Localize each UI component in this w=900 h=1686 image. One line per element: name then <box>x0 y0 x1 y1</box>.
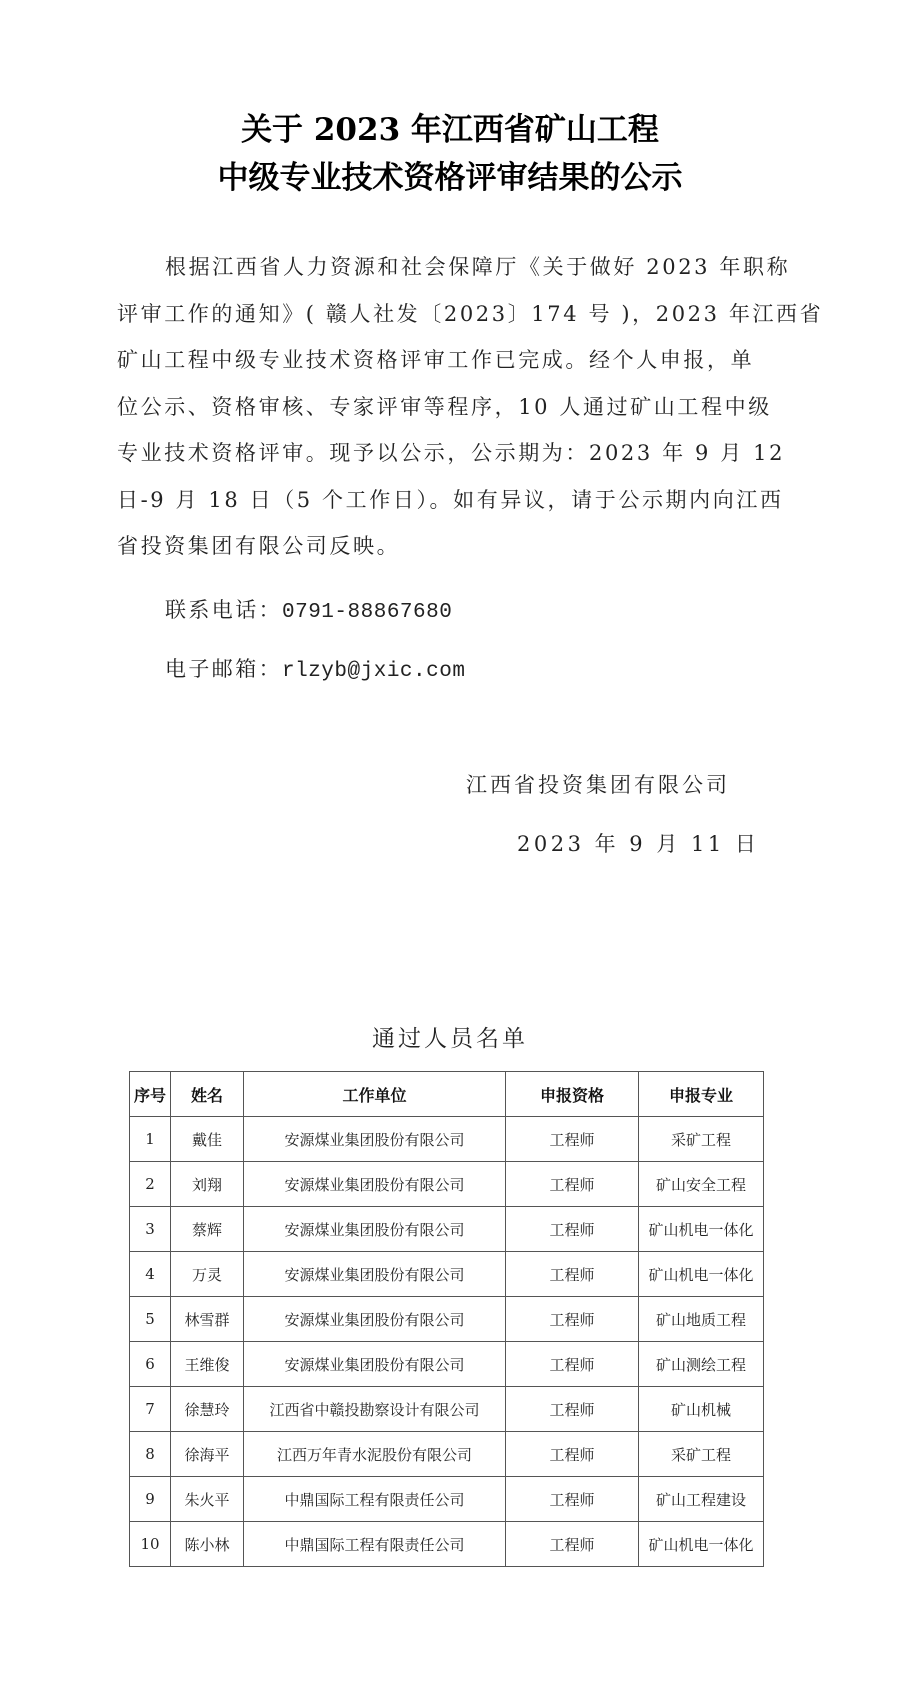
cell-qualification: 工程师 <box>506 1432 639 1477</box>
cell-employer: 江西省中赣投勘察设计有限公司 <box>244 1387 506 1432</box>
cell-index: 6 <box>130 1342 171 1387</box>
cell-name: 刘翔 <box>171 1162 244 1207</box>
document-title: 关于 2023 年江西省矿山工程 中级专业技术资格评审结果的公示 <box>0 106 900 202</box>
header-qualification: 申报资格 <box>506 1072 639 1117</box>
approved-personnel-table: 序号 姓名 工作单位 申报资格 申报专业 1 戴佳 安源煤业集团股份有限公司 工… <box>129 1071 764 1567</box>
cell-employer: 安源煤业集团股份有限公司 <box>244 1252 506 1297</box>
cell-name: 蔡辉 <box>171 1207 244 1252</box>
cell-qualification: 工程师 <box>506 1387 639 1432</box>
cell-index: 5 <box>130 1297 171 1342</box>
cell-qualification: 工程师 <box>506 1117 639 1162</box>
cell-name: 王维俊 <box>171 1342 244 1387</box>
cell-specialty: 采矿工程 <box>639 1117 764 1162</box>
header-employer: 工作单位 <box>244 1072 506 1117</box>
table-row: 3 蔡辉 安源煤业集团股份有限公司 工程师 矿山机电一体化 <box>130 1207 764 1252</box>
body-line: 位公示、资格审核、专家评审等程序，10 人通过矿山工程中级 <box>117 384 773 431</box>
cell-name: 徐慧玲 <box>171 1387 244 1432</box>
signature-organization: 江西省投资集团有限公司 <box>466 769 730 799</box>
cell-specialty: 矿山安全工程 <box>639 1162 764 1207</box>
title-line-1: 关于 2023 年江西省矿山工程 <box>0 106 900 154</box>
cell-name: 戴佳 <box>171 1117 244 1162</box>
cell-employer: 中鼎国际工程有限责任公司 <box>244 1522 506 1567</box>
cell-qualification: 工程师 <box>506 1162 639 1207</box>
cell-specialty: 矿山地质工程 <box>639 1297 764 1342</box>
cell-employer: 安源煤业集团股份有限公司 <box>244 1297 506 1342</box>
cell-employer: 中鼎国际工程有限责任公司 <box>244 1477 506 1522</box>
cell-employer: 安源煤业集团股份有限公司 <box>244 1207 506 1252</box>
cell-employer: 江西万年青水泥股份有限公司 <box>244 1432 506 1477</box>
contact-email: 电子邮箱：rlzyb@jxic.com <box>165 653 465 683</box>
cell-name: 万灵 <box>171 1252 244 1297</box>
cell-specialty: 矿山机电一体化 <box>639 1207 764 1252</box>
body-line: 矿山工程中级专业技术资格评审工作已完成。经个人申报，单 <box>117 337 773 384</box>
table-row: 5 林雪群 安源煤业集团股份有限公司 工程师 矿山地质工程 <box>130 1297 764 1342</box>
table-row: 10 陈小林 中鼎国际工程有限责任公司 工程师 矿山机电一体化 <box>130 1522 764 1567</box>
cell-qualification: 工程师 <box>506 1522 639 1567</box>
cell-name: 林雪群 <box>171 1297 244 1342</box>
table-row: 2 刘翔 安源煤业集团股份有限公司 工程师 矿山安全工程 <box>130 1162 764 1207</box>
cell-employer: 安源煤业集团股份有限公司 <box>244 1342 506 1387</box>
cell-qualification: 工程师 <box>506 1297 639 1342</box>
cell-name: 陈小林 <box>171 1522 244 1567</box>
cell-specialty: 矿山测绘工程 <box>639 1342 764 1387</box>
phone-label: 联系电话： <box>165 598 282 622</box>
title-line-2: 中级专业技术资格评审结果的公示 <box>0 154 900 202</box>
header-specialty: 申报专业 <box>639 1072 764 1117</box>
cell-specialty: 矿山机械 <box>639 1387 764 1432</box>
cell-specialty: 矿山工程建设 <box>639 1477 764 1522</box>
table-row: 6 王维俊 安源煤业集团股份有限公司 工程师 矿山测绘工程 <box>130 1342 764 1387</box>
header-name: 姓名 <box>171 1072 244 1117</box>
email-label: 电子邮箱： <box>165 657 282 681</box>
cell-specialty: 矿山机电一体化 <box>639 1252 764 1297</box>
cell-index: 4 <box>130 1252 171 1297</box>
body-line: 省投资集团有限公司反映。 <box>117 523 773 570</box>
table-row: 1 戴佳 安源煤业集团股份有限公司 工程师 采矿工程 <box>130 1117 764 1162</box>
cell-index: 10 <box>130 1522 171 1567</box>
table-caption: 通过人员名单 <box>0 1020 900 1053</box>
cell-index: 7 <box>130 1387 171 1432</box>
email-address: rlzyb@jxic.com <box>282 660 465 683</box>
phone-number: 0791-88867680 <box>282 601 452 624</box>
cell-specialty: 采矿工程 <box>639 1432 764 1477</box>
cell-index: 3 <box>130 1207 171 1252</box>
table-row: 8 徐海平 江西万年青水泥股份有限公司 工程师 采矿工程 <box>130 1432 764 1477</box>
table-row: 9 朱火平 中鼎国际工程有限责任公司 工程师 矿山工程建设 <box>130 1477 764 1522</box>
announcement-body: 根据江西省人力资源和社会保障厅《关于做好 2023 年职称 评审工作的通知》( … <box>117 244 773 570</box>
cell-qualification: 工程师 <box>506 1477 639 1522</box>
body-line: 专业技术资格评审。现予以公示，公示期为：2023 年 9 月 12 <box>117 430 773 477</box>
cell-employer: 安源煤业集团股份有限公司 <box>244 1117 506 1162</box>
cell-employer: 安源煤业集团股份有限公司 <box>244 1162 506 1207</box>
body-line: 根据江西省人力资源和社会保障厅《关于做好 2023 年职称 <box>117 244 773 291</box>
cell-qualification: 工程师 <box>506 1252 639 1297</box>
cell-qualification: 工程师 <box>506 1207 639 1252</box>
body-line: 日-9 月 18 日（5 个工作日）。如有异议，请于公示期内向江西 <box>117 477 773 524</box>
signature-date: 2023 年 9 月 11 日 <box>517 828 759 858</box>
cell-name: 朱火平 <box>171 1477 244 1522</box>
cell-qualification: 工程师 <box>506 1342 639 1387</box>
cell-index: 9 <box>130 1477 171 1522</box>
contact-phone: 联系电话：0791-88867680 <box>165 594 452 624</box>
cell-name: 徐海平 <box>171 1432 244 1477</box>
cell-specialty: 矿山机电一体化 <box>639 1522 764 1567</box>
cell-index: 1 <box>130 1117 171 1162</box>
cell-index: 2 <box>130 1162 171 1207</box>
cell-index: 8 <box>130 1432 171 1477</box>
table-row: 7 徐慧玲 江西省中赣投勘察设计有限公司 工程师 矿山机械 <box>130 1387 764 1432</box>
table-row: 4 万灵 安源煤业集团股份有限公司 工程师 矿山机电一体化 <box>130 1252 764 1297</box>
body-line: 评审工作的通知》( 赣人社发〔2023〕174 号 )，2023 年江西省 <box>117 291 773 338</box>
header-index: 序号 <box>130 1072 171 1117</box>
table-header-row: 序号 姓名 工作单位 申报资格 申报专业 <box>130 1072 764 1117</box>
